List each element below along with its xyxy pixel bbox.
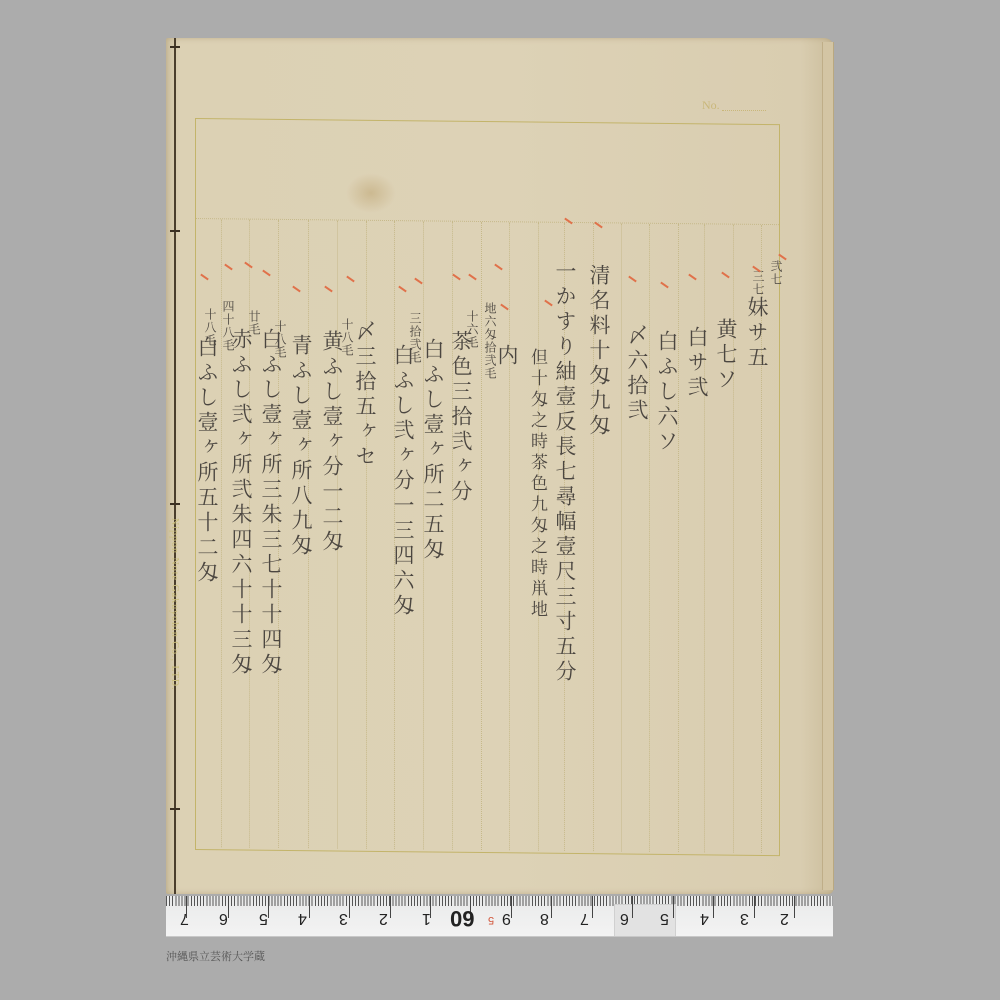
ruler-minor-ticks bbox=[166, 896, 833, 906]
ruler-major-tick bbox=[511, 896, 512, 918]
binding-notch bbox=[170, 503, 180, 505]
handwritten-line: 白ふし壹ヶ所二五匁 bbox=[422, 338, 443, 563]
column-ruling bbox=[366, 221, 367, 849]
ruler-major-tick bbox=[713, 896, 714, 918]
binding-notch bbox=[170, 808, 180, 810]
handwritten-line: 白ふし壹ヶ所三朱三七十十四匁 bbox=[260, 328, 281, 678]
ruler-label: 6 bbox=[620, 909, 629, 927]
measuring-ruler: 7 6 5 4 3 2 1 60 5 9 8 7 6 5 4 3 2 bbox=[166, 896, 833, 937]
handwritten-line: 一かすり紬壹反長七尋幅壹尺三寸五分 bbox=[554, 260, 575, 685]
ruler-major-tick bbox=[309, 896, 310, 918]
handwritten-line: 黄七ソ bbox=[715, 318, 736, 393]
ruler-major-tick bbox=[268, 896, 269, 918]
ruler-label: 8 bbox=[540, 909, 549, 927]
ruler-major-tick bbox=[632, 896, 633, 918]
publisher-imprint: Nippon Note Gakuyohin Co., LTD. bbox=[169, 518, 180, 691]
ruler-label: 4 bbox=[700, 909, 709, 927]
ruler-label: 2 bbox=[780, 909, 789, 927]
page-number-field bbox=[722, 110, 766, 111]
column-ruling bbox=[509, 222, 510, 850]
ruler-label: 3 bbox=[339, 909, 348, 927]
ruler-major-tick bbox=[390, 896, 391, 918]
ruler-label: 7 bbox=[180, 909, 189, 927]
binding-notch bbox=[170, 46, 180, 48]
ruler-major-tick bbox=[551, 896, 552, 918]
handwritten-line: 白ふし壹ヶ所五十二匁 bbox=[196, 336, 217, 586]
ruler-major-tick bbox=[794, 896, 795, 918]
ruler-label: 9 bbox=[502, 909, 511, 927]
column-note: 三七 bbox=[752, 270, 764, 296]
page-number-label: No. bbox=[702, 98, 720, 113]
ruler-major-tick bbox=[592, 896, 593, 918]
ruler-label: 3 bbox=[740, 909, 749, 927]
ruler-label-major: 60 bbox=[450, 905, 474, 931]
ruler-major-tick bbox=[754, 896, 755, 918]
ruler-major-tick bbox=[349, 896, 350, 918]
binding-notch bbox=[170, 230, 180, 232]
handwritten-line: 黄ふし壹ヶ分一二匁 bbox=[321, 330, 342, 555]
ruler-label: 4 bbox=[298, 909, 307, 927]
column-ruling bbox=[649, 224, 650, 852]
ruler-label: 5 bbox=[660, 909, 669, 927]
ruler-label: 2 bbox=[379, 909, 388, 927]
column-ruling bbox=[481, 222, 482, 850]
notebook-page: No. Nippon Note Gakuyohin Co., LTD. 弐七 三… bbox=[166, 38, 834, 894]
ruler-label: 7 bbox=[580, 909, 589, 927]
ruler-label: 6 bbox=[219, 909, 228, 927]
handwritten-line: 妹サ五 bbox=[746, 296, 767, 371]
handwritten-line: 〆三拾五ヶセ bbox=[354, 320, 375, 470]
handwritten-line: 〆六拾弐 bbox=[626, 324, 647, 424]
column-note: 弐七 bbox=[770, 260, 782, 286]
handwritten-line: 白サ弐 bbox=[686, 326, 707, 401]
handwritten-line: 但十匁之時茶色九匁之時鼡地 bbox=[528, 348, 545, 621]
column-ruling bbox=[621, 223, 622, 851]
handwritten-line: 清名料十匁九匁 bbox=[588, 264, 609, 439]
ruler-major-tick bbox=[228, 896, 229, 918]
handwritten-line: 赤ふし弐ヶ所弐朱四六十十三匁 bbox=[230, 328, 251, 678]
handwritten-line: 青ふし壹ヶ所八九匁 bbox=[290, 334, 311, 559]
page-stack-edge bbox=[822, 42, 834, 890]
handwritten-line: 白ふし弐ヶ分一三四六匁 bbox=[392, 344, 413, 619]
handwritten-line: 白ふし六ソ bbox=[656, 330, 677, 455]
header-ruling bbox=[196, 218, 779, 225]
handwritten-line: 茶色三拾弐ヶ分 bbox=[450, 330, 471, 505]
column-ruling bbox=[452, 222, 453, 850]
collection-credit: 沖縄県立芸術大学蔵 bbox=[166, 948, 265, 964]
column-ruling bbox=[678, 224, 679, 852]
ruler-label: 5 bbox=[259, 909, 268, 927]
ruler-label: 1 bbox=[422, 909, 431, 927]
handwritten-line: 内 bbox=[496, 344, 517, 369]
binding-stitch-line bbox=[174, 38, 176, 894]
ruler-major-tick bbox=[673, 896, 674, 918]
column-ruling bbox=[704, 224, 705, 852]
ruler-label-red: 5 bbox=[488, 914, 494, 926]
